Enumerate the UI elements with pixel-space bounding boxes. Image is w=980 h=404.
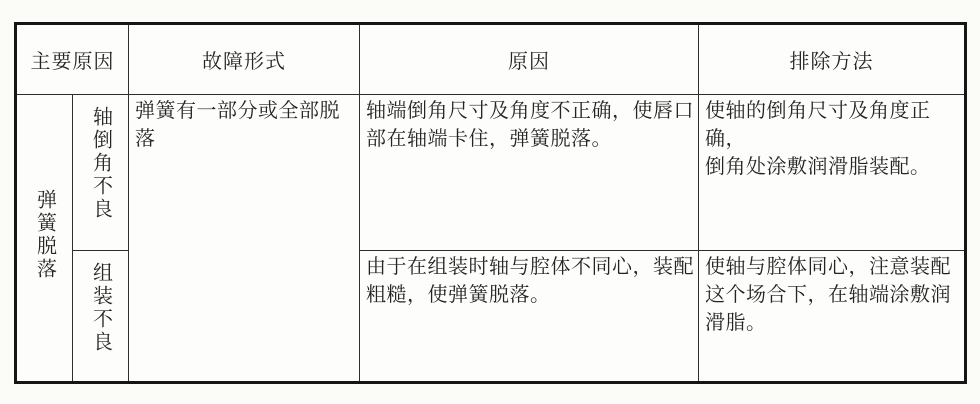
header-remedy: 排除方法 <box>699 24 966 95</box>
cell-sub-cause-shaft-chamfer: 轴倒角不良 <box>73 95 129 251</box>
fault-table: 主要原因 故障形式 原因 排除方法 弹簧脱落 轴倒角不良 弹簧有一部分或全部脱 … <box>14 22 967 384</box>
table-row-shaft-chamfer: 弹簧脱落 轴倒角不良 弹簧有一部分或全部脱 落 轴端倒角尺寸及角度不正确，使唇口… <box>16 95 966 251</box>
cell-sub-cause-assembly: 组装不良 <box>73 251 129 383</box>
cell-main-cause-group: 弹簧脱落 <box>16 95 73 383</box>
header-fault-form: 故障形式 <box>129 24 360 95</box>
sub-cause-assembly-label: 组装不良 <box>91 262 111 354</box>
main-cause-group-label: 弹簧脱落 <box>35 189 55 281</box>
cell-cause-shaft-chamfer: 轴端倒角尺寸及角度不正确，使唇口 部在轴端卡住，弹簧脱落。 <box>360 95 699 251</box>
sub-cause-shaft-chamfer-label: 轴倒角不良 <box>91 106 111 221</box>
document-page: 主要原因 故障形式 原因 排除方法 弹簧脱落 轴倒角不良 弹簧有一部分或全部脱 … <box>0 0 980 404</box>
cell-cause-assembly: 由于在组装时轴与腔体不同心，装配 粗糙，使弹簧脱落。 <box>360 251 699 383</box>
header-cause: 原因 <box>360 24 699 95</box>
header-main-cause: 主要原因 <box>16 24 129 95</box>
header-row: 主要原因 故障形式 原因 排除方法 <box>16 24 966 95</box>
cell-remedy-shaft-chamfer: 使轴的倒角尺寸及角度正确， 倒角处涂敷润滑脂装配。 <box>699 95 966 251</box>
cell-fault-form: 弹簧有一部分或全部脱 落 <box>129 95 360 383</box>
cell-remedy-assembly: 使轴与腔体同心，注意装配 这个场合下，在轴端涂敷润 滑脂。 <box>699 251 966 383</box>
